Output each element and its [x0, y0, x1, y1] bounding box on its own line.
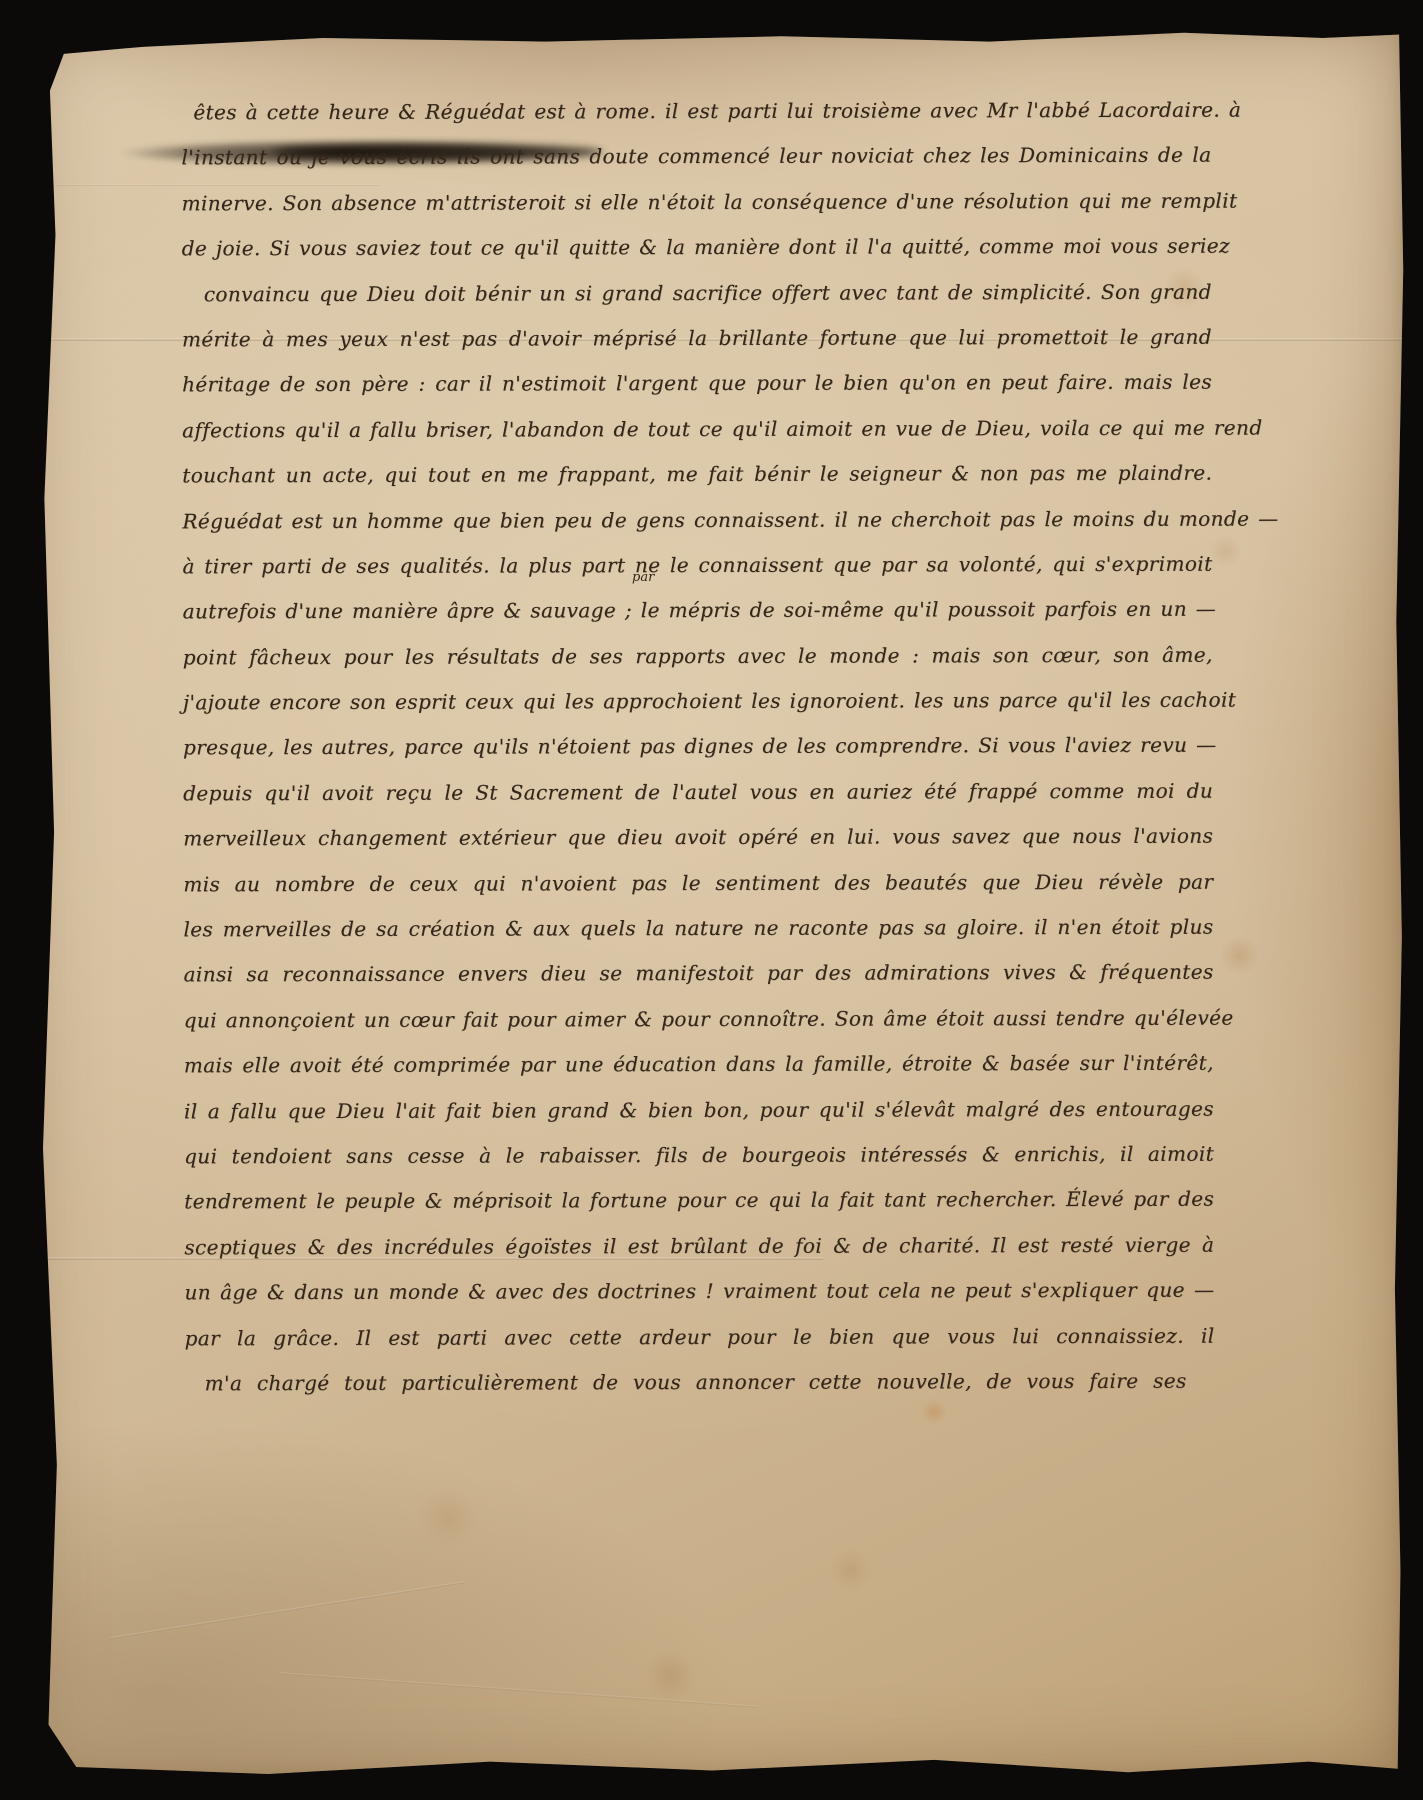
- paper-sheet: êtes à cette heure & Réguédat est à rome…: [18, 24, 1406, 1781]
- manuscript-line-25: tendrement le peuple & méprisoit la fort…: [184, 1177, 1214, 1225]
- manuscript-line-8: affections qu'il a fallu briser, l'aband…: [182, 405, 1212, 453]
- manuscript-line-20: ainsi sa reconnaissance envers dieu se m…: [184, 950, 1214, 998]
- manuscript-line-10: Réguédat est un homme que bien peu de ge…: [182, 496, 1212, 544]
- manuscript-line-15: presque, les autres, parce qu'ils n'étoi…: [183, 723, 1213, 771]
- manuscript-photo: êtes à cette heure & Réguédat est à rome…: [0, 0, 1423, 1800]
- manuscript-line-5: convaincu que Dieu doit bénir un si gran…: [182, 269, 1212, 317]
- manuscript-line-23: il a fallu que Dieu l'ait fait bien gran…: [184, 1086, 1214, 1134]
- crease-bottom-center: [279, 1672, 758, 1707]
- manuscript-line-13: point fâcheux pour les résultats de ses …: [183, 632, 1213, 680]
- manuscript-line-7: héritage de son père : car il n'estimoit…: [182, 360, 1212, 408]
- manuscript-line-26: sceptiques & des incrédules égoïstes il …: [184, 1222, 1214, 1270]
- letter-text: êtes à cette heure & Réguédat est à rome…: [181, 88, 1214, 1407]
- manuscript-line-24: qui tendoient sans cesse à le rabaisser.…: [184, 1132, 1214, 1180]
- manuscript-line-21: qui annonçoient un cœur fait pour aimer …: [184, 995, 1214, 1043]
- manuscript-line-28: par la grâce. Il est parti avec cette ar…: [184, 1313, 1214, 1361]
- manuscript-line-29: m'a chargé tout particulièrement de vous…: [185, 1359, 1215, 1407]
- interline-insertion: par: [632, 570, 654, 585]
- manuscript-line-6: mérite à mes yeux n'est pas d'avoir mépr…: [182, 315, 1212, 363]
- manuscript-line-16: depuis qu'il avoit reçu le St Sacrement …: [183, 769, 1213, 817]
- manuscript-line-12: autrefois d'une manière âpre & sauvage ;…: [183, 587, 1213, 635]
- manuscript-line-27: un âge & dans un monde & avec des doctri…: [184, 1268, 1214, 1316]
- manuscript-line-22: mais elle avoit été comprimée par une éd…: [184, 1041, 1214, 1089]
- manuscript-line-9: touchant un acte, qui tout en me frappan…: [182, 451, 1212, 499]
- manuscript-line-17: merveilleux changement extérieur que die…: [183, 814, 1213, 862]
- manuscript-line-18: mis au nombre de ceux qui n'avoient pas …: [183, 859, 1213, 907]
- manuscript-line-1: êtes à cette heure & Réguédat est à rome…: [181, 88, 1211, 136]
- manuscript-line-4: de joie. Si vous saviez tout ce qu'il qu…: [182, 224, 1212, 272]
- sheet-edge-top: [18, 24, 1406, 33]
- crease-bottom-left: [110, 1581, 466, 1639]
- manuscript-line-19: les merveilles de sa création & aux quel…: [183, 905, 1213, 953]
- sheet-edge-left: [18, 24, 25, 194]
- manuscript-line-14: j'ajoute encore son esprit ceux qui les …: [183, 678, 1213, 726]
- manuscript-line-11: à tirer parti de ses qualités. la plus p…: [182, 542, 1212, 590]
- manuscript-line-3: minerve. Son absence m'attristeroit si e…: [182, 178, 1212, 226]
- manuscript-line-2: l'instant ou je vous écris ils ont sans …: [181, 133, 1211, 181]
